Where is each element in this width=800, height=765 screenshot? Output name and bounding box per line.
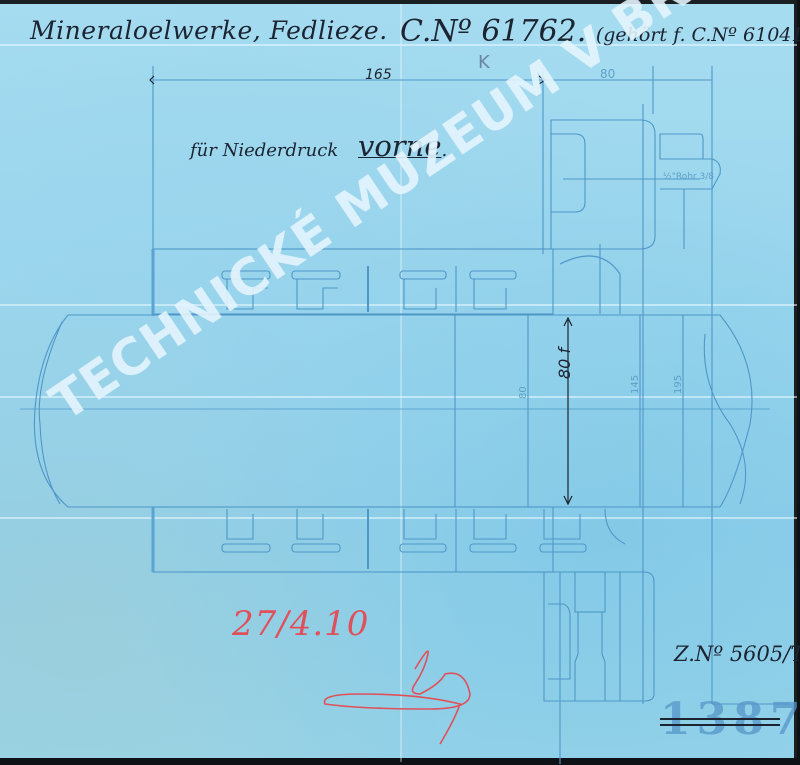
pencil-mark: K xyxy=(478,52,490,73)
strike-line xyxy=(660,724,780,726)
company-title: Mineraloelwerke, Fedlieze. xyxy=(30,16,388,45)
dimension-bore-height: 80 f xyxy=(555,348,574,379)
signature-mark xyxy=(324,651,470,744)
red-pencil-date: 27/4.10 xyxy=(232,604,369,644)
dimension-overall-width: 165 xyxy=(365,67,392,83)
annotation-prefix: für Niederdruck xyxy=(190,140,338,161)
archive-stamp: 1387 xyxy=(660,694,800,745)
dimension-label: 80 xyxy=(518,386,529,399)
drawing-number: Z.Nº 5605/T2 xyxy=(674,642,800,666)
dimension-label: 195 xyxy=(673,375,684,394)
strike-line xyxy=(660,718,780,720)
dimension-label: 145 xyxy=(630,375,641,394)
thread-label: ½"Rohr 3/8 xyxy=(663,172,714,182)
blueprint-sheet: Mineraloelwerke, Fedlieze. C.Nº 61762. (… xyxy=(0,0,797,758)
